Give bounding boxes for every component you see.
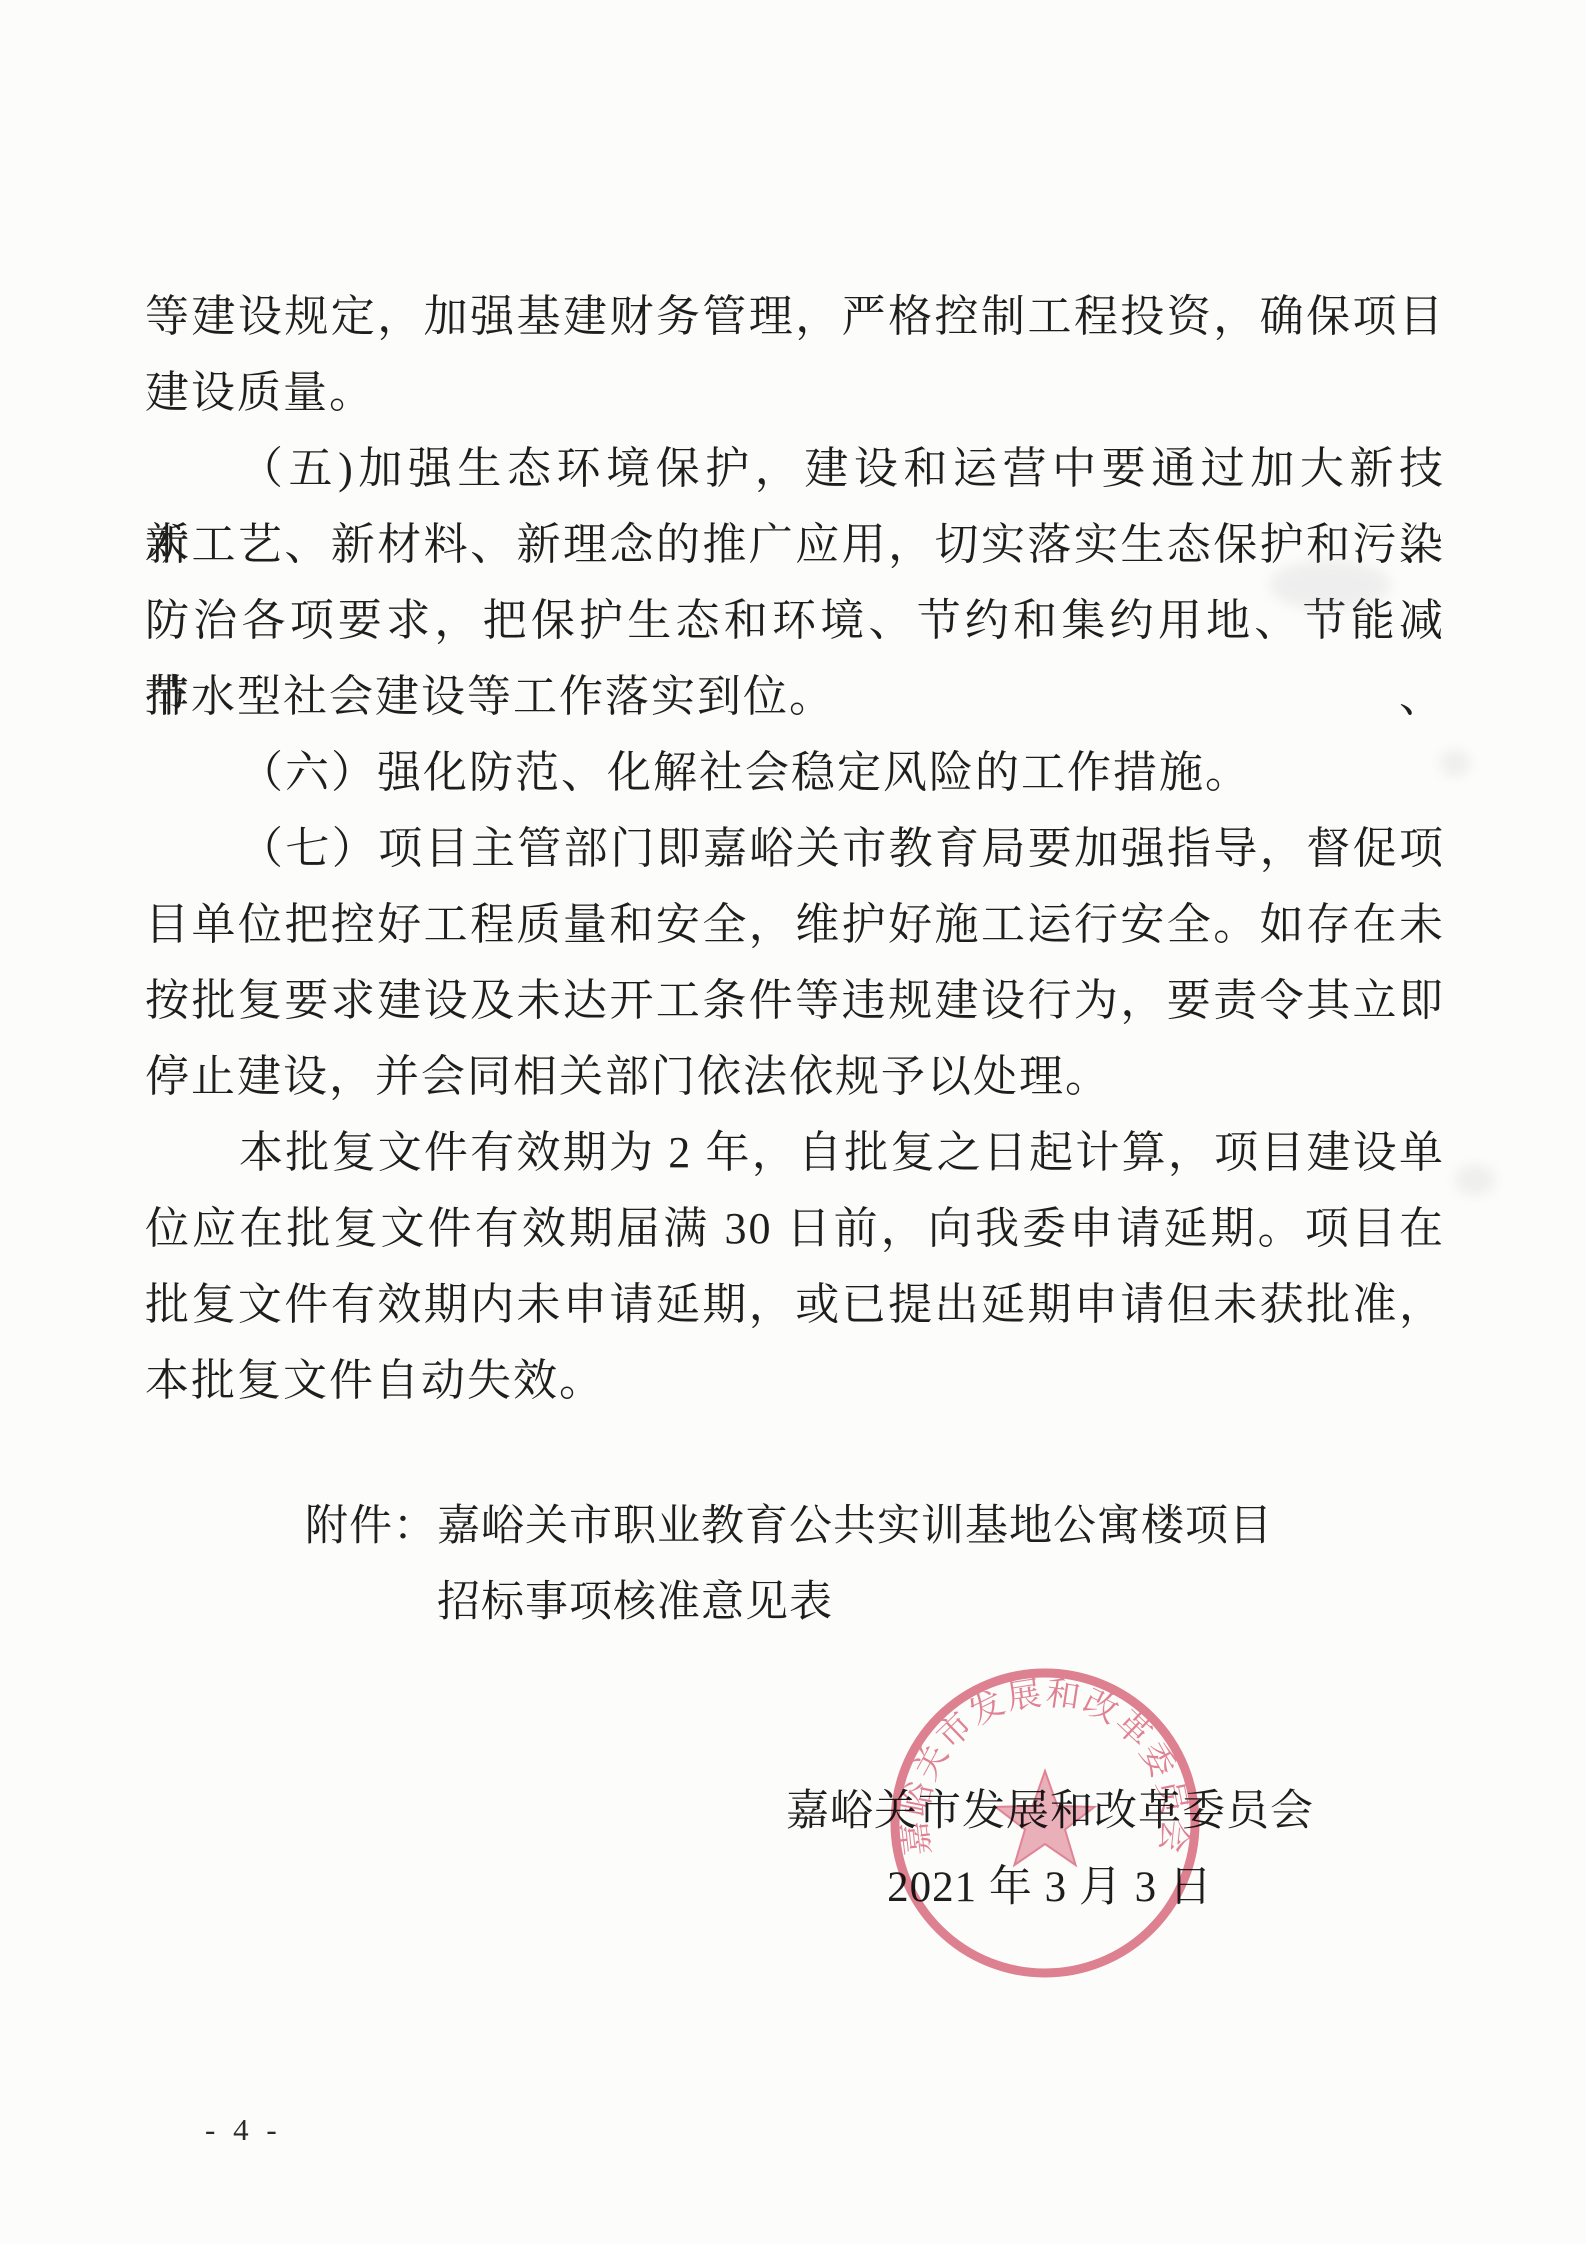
body-line: 等建设规定，加强基建财务管理，严格控制工程投资，确保项目: [145, 279, 1445, 355]
body-line: 位应在批复文件有效期届满 30 日前，向我委申请延期。项目在: [145, 1191, 1445, 1267]
attachment-line-1: 嘉峪关市职业教育公共实训基地公寓楼项目: [437, 1489, 1273, 1565]
attachment-block: 附件： 嘉峪关市职业教育公共实训基地公寓楼项目 招标事项核准意见表: [305, 1489, 1273, 1641]
attachment-line-2: 招标事项核准意见表: [437, 1565, 1273, 1641]
scan-smudge: [1270, 560, 1390, 610]
body-line: 批复文件有效期内未申请延期，或已提出延期申请但未获批准，: [145, 1267, 1445, 1343]
document-page: 等建设规定，加强基建财务管理，严格控制工程投资，确保项目 建设质量。 （五)加强…: [0, 0, 1586, 2244]
scan-smudge: [1440, 750, 1470, 776]
body-line: 停止建设，并会同相关部门依法依规予以处理。: [145, 1039, 1445, 1115]
page-number: - 4 -: [205, 2112, 282, 2148]
body-line: （六）强化防范、化解社会稳定风险的工作措施。: [145, 735, 1445, 811]
signature-block: 嘉峪关市发展和改革委员会 2021 年 3 月 3 日: [770, 1774, 1330, 1926]
scan-smudge: [1455, 1165, 1495, 1195]
issuing-agency: 嘉峪关市发展和改革委员会: [770, 1774, 1330, 1850]
issue-date: 2021 年 3 月 3 日: [770, 1850, 1330, 1926]
body-line: （七）项目主管部门即嘉峪关市教育局要加强指导，督促项: [145, 811, 1445, 887]
body-text: 等建设规定，加强基建财务管理，严格控制工程投资，确保项目 建设质量。 （五)加强…: [145, 279, 1445, 1419]
body-line: 本批复文件自动失效。: [145, 1343, 1445, 1419]
body-line: 按批复要求建设及未达开工条件等违规建设行为，要责令其立即: [145, 963, 1445, 1039]
body-line: 目单位把控好工程质量和安全，维护好施工运行安全。如存在未: [145, 887, 1445, 963]
body-line: 防治各项要求，把保护生态和环境、节约和集约用地、节能减排、: [145, 583, 1445, 659]
body-line: 新工艺、新材料、新理念的推广应用，切实落实生态保护和污染: [145, 507, 1445, 583]
body-line: 本批复文件有效期为 2 年，自批复之日起计算，项目建设单: [145, 1115, 1445, 1191]
attachment-label: 附件：: [305, 1489, 437, 1641]
attachment-lines: 嘉峪关市职业教育公共实训基地公寓楼项目 招标事项核准意见表: [437, 1489, 1273, 1641]
body-line: （五)加强生态环境保护，建设和运营中要通过加大新技术、: [145, 431, 1445, 507]
body-line: 建设质量。: [145, 355, 1445, 431]
